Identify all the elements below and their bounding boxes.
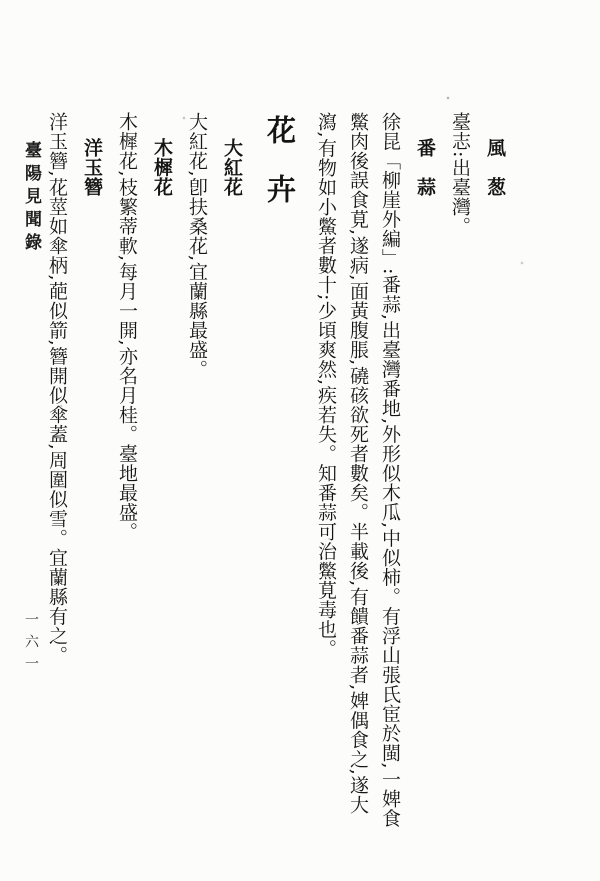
scan-noise-specks <box>0 0 2 2</box>
page-number: 一六一 <box>21 612 41 678</box>
entry-heading-feng-cong: 風 葱 <box>479 112 511 828</box>
entry-heading-mu-xi-hua: 木樨花 <box>146 112 178 828</box>
entry-heading-yang-yu-zan: 洋玉簪 <box>76 112 108 828</box>
chapter-heading-flowers: 花 卉 <box>257 112 303 828</box>
entry-heading-fan-suan: 番 蒜 <box>409 112 441 828</box>
entry-heading-da-hong-hua: 大紅花 <box>216 112 248 828</box>
entry-body-mu-xi-hua: 木樨花,枝繁蒂軟,每月一開,亦名月桂。臺地最盛。 <box>111 112 143 828</box>
entry-body-da-hong-hua: 大紅花,卽扶桑花,宜蘭縣最盛。 <box>181 112 213 828</box>
scanned-book-page: 風 葱 臺志:出臺灣。 番 蒜 徐昆「柳崖外編」:番蒜,出臺灣番地,外形似木瓜,… <box>0 0 600 881</box>
entry-body-feng-cong: 臺志:出臺灣。 <box>444 112 476 828</box>
book-running-title: 臺陽見聞錄 <box>19 141 44 256</box>
entry-body-fan-suan: 徐昆「柳崖外編」:番蒜,出臺灣番地,外形似木瓜,中似柿。有浮山張氏宦於閩,一婢食… <box>310 112 406 828</box>
main-text-block: 風 葱 臺志:出臺灣。 番 蒜 徐昆「柳崖外編」:番蒜,出臺灣番地,外形似木瓜,… <box>41 112 514 828</box>
entry-body-yang-yu-zan: 洋玉簪,花莖如傘柄,葩似箭,簪開似傘蓋,周圍似雪。宜蘭縣有之。 <box>41 112 73 828</box>
